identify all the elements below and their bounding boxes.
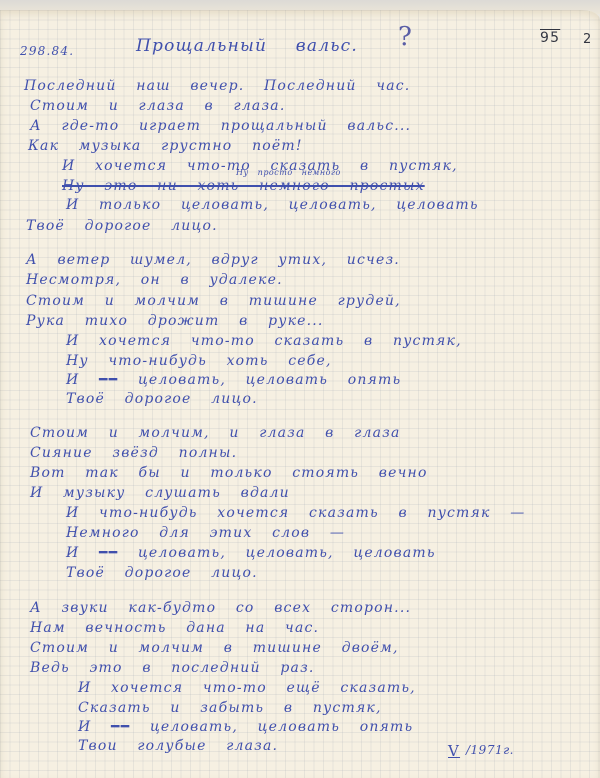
lyric-line: Рука тихо дрожит в руке...	[26, 313, 324, 329]
lyric-line: Последний наш вечер. Последний час.	[24, 78, 410, 94]
lyric-line: Стоим и молчим, и глаза в глаза	[30, 425, 401, 441]
lyric-line: Ведь это в последний раз.	[30, 660, 315, 676]
lyric-line: А ветер шумел, вдруг утих, исчез.	[26, 252, 400, 268]
lyric-line: Как музыка грустно поёт!	[28, 138, 303, 154]
refrain-line: И хочется что-то ещё сказать,	[78, 680, 416, 696]
page-number-alt: 2	[583, 32, 592, 47]
refrain-line: И что-нибудь хочется сказать в пустяк —	[66, 505, 525, 521]
refrain-line: Немного для этих слов —	[66, 525, 345, 541]
lyric-line: Стоим и глаза в глаза.	[30, 98, 286, 114]
refrain-line: И хочется что-то сказать в пустяк,	[66, 333, 462, 349]
refrain-line: Твоё дорогое лицо.	[26, 218, 218, 234]
refrain-line: Ну что-нибудь хоть себе,	[66, 353, 332, 369]
lyric-line: А где-то играет прощальный вальс...	[30, 118, 411, 134]
refrain-line: И ━━ целовать, целовать опять	[66, 372, 401, 388]
lyric-line: Стоим и молчим в тишине грудей,	[26, 293, 401, 309]
lyric-line: Сияние звёзд полны.	[30, 445, 237, 461]
insertion-note: Ну просто немного	[236, 168, 341, 177]
catalog-number: 298.84.	[20, 44, 74, 58]
question-mark: ?	[398, 22, 413, 52]
date-year: /1971г.	[466, 743, 514, 757]
lyric-line: Вот так бы и только стоять вечно	[30, 465, 428, 481]
refrain-line: И ━━ целовать, целовать, целовать	[66, 545, 436, 561]
page-number: 95	[540, 30, 560, 46]
date-month: V	[448, 742, 460, 760]
refrain-line: Сказать и забыть в пустяк,	[78, 700, 382, 716]
refrain-line: Твоё дорогое лицо.	[66, 391, 258, 407]
page-title: Прощальный вальс.	[136, 36, 358, 56]
lyric-line: Стоим и молчим в тишине двоём,	[30, 640, 399, 656]
lyric-line: Нам вечность дана на час.	[30, 620, 319, 636]
refrain-line: Твои голубые глаза.	[78, 738, 278, 754]
refrain-line: И ━━ целовать, целовать опять	[78, 719, 413, 735]
refrain-line: Твоё дорогое лицо.	[66, 565, 258, 581]
refrain-line: И только целовать, целовать, целовать	[66, 197, 479, 213]
lyric-line: Несмотря, он в удалеке.	[26, 272, 283, 288]
lyric-line: А звуки как-будто со всех сторон...	[30, 600, 411, 616]
struck-line: Ну это ни хоть немного простых	[62, 178, 425, 194]
lyric-line: И музыку слушать вдали	[30, 485, 290, 501]
